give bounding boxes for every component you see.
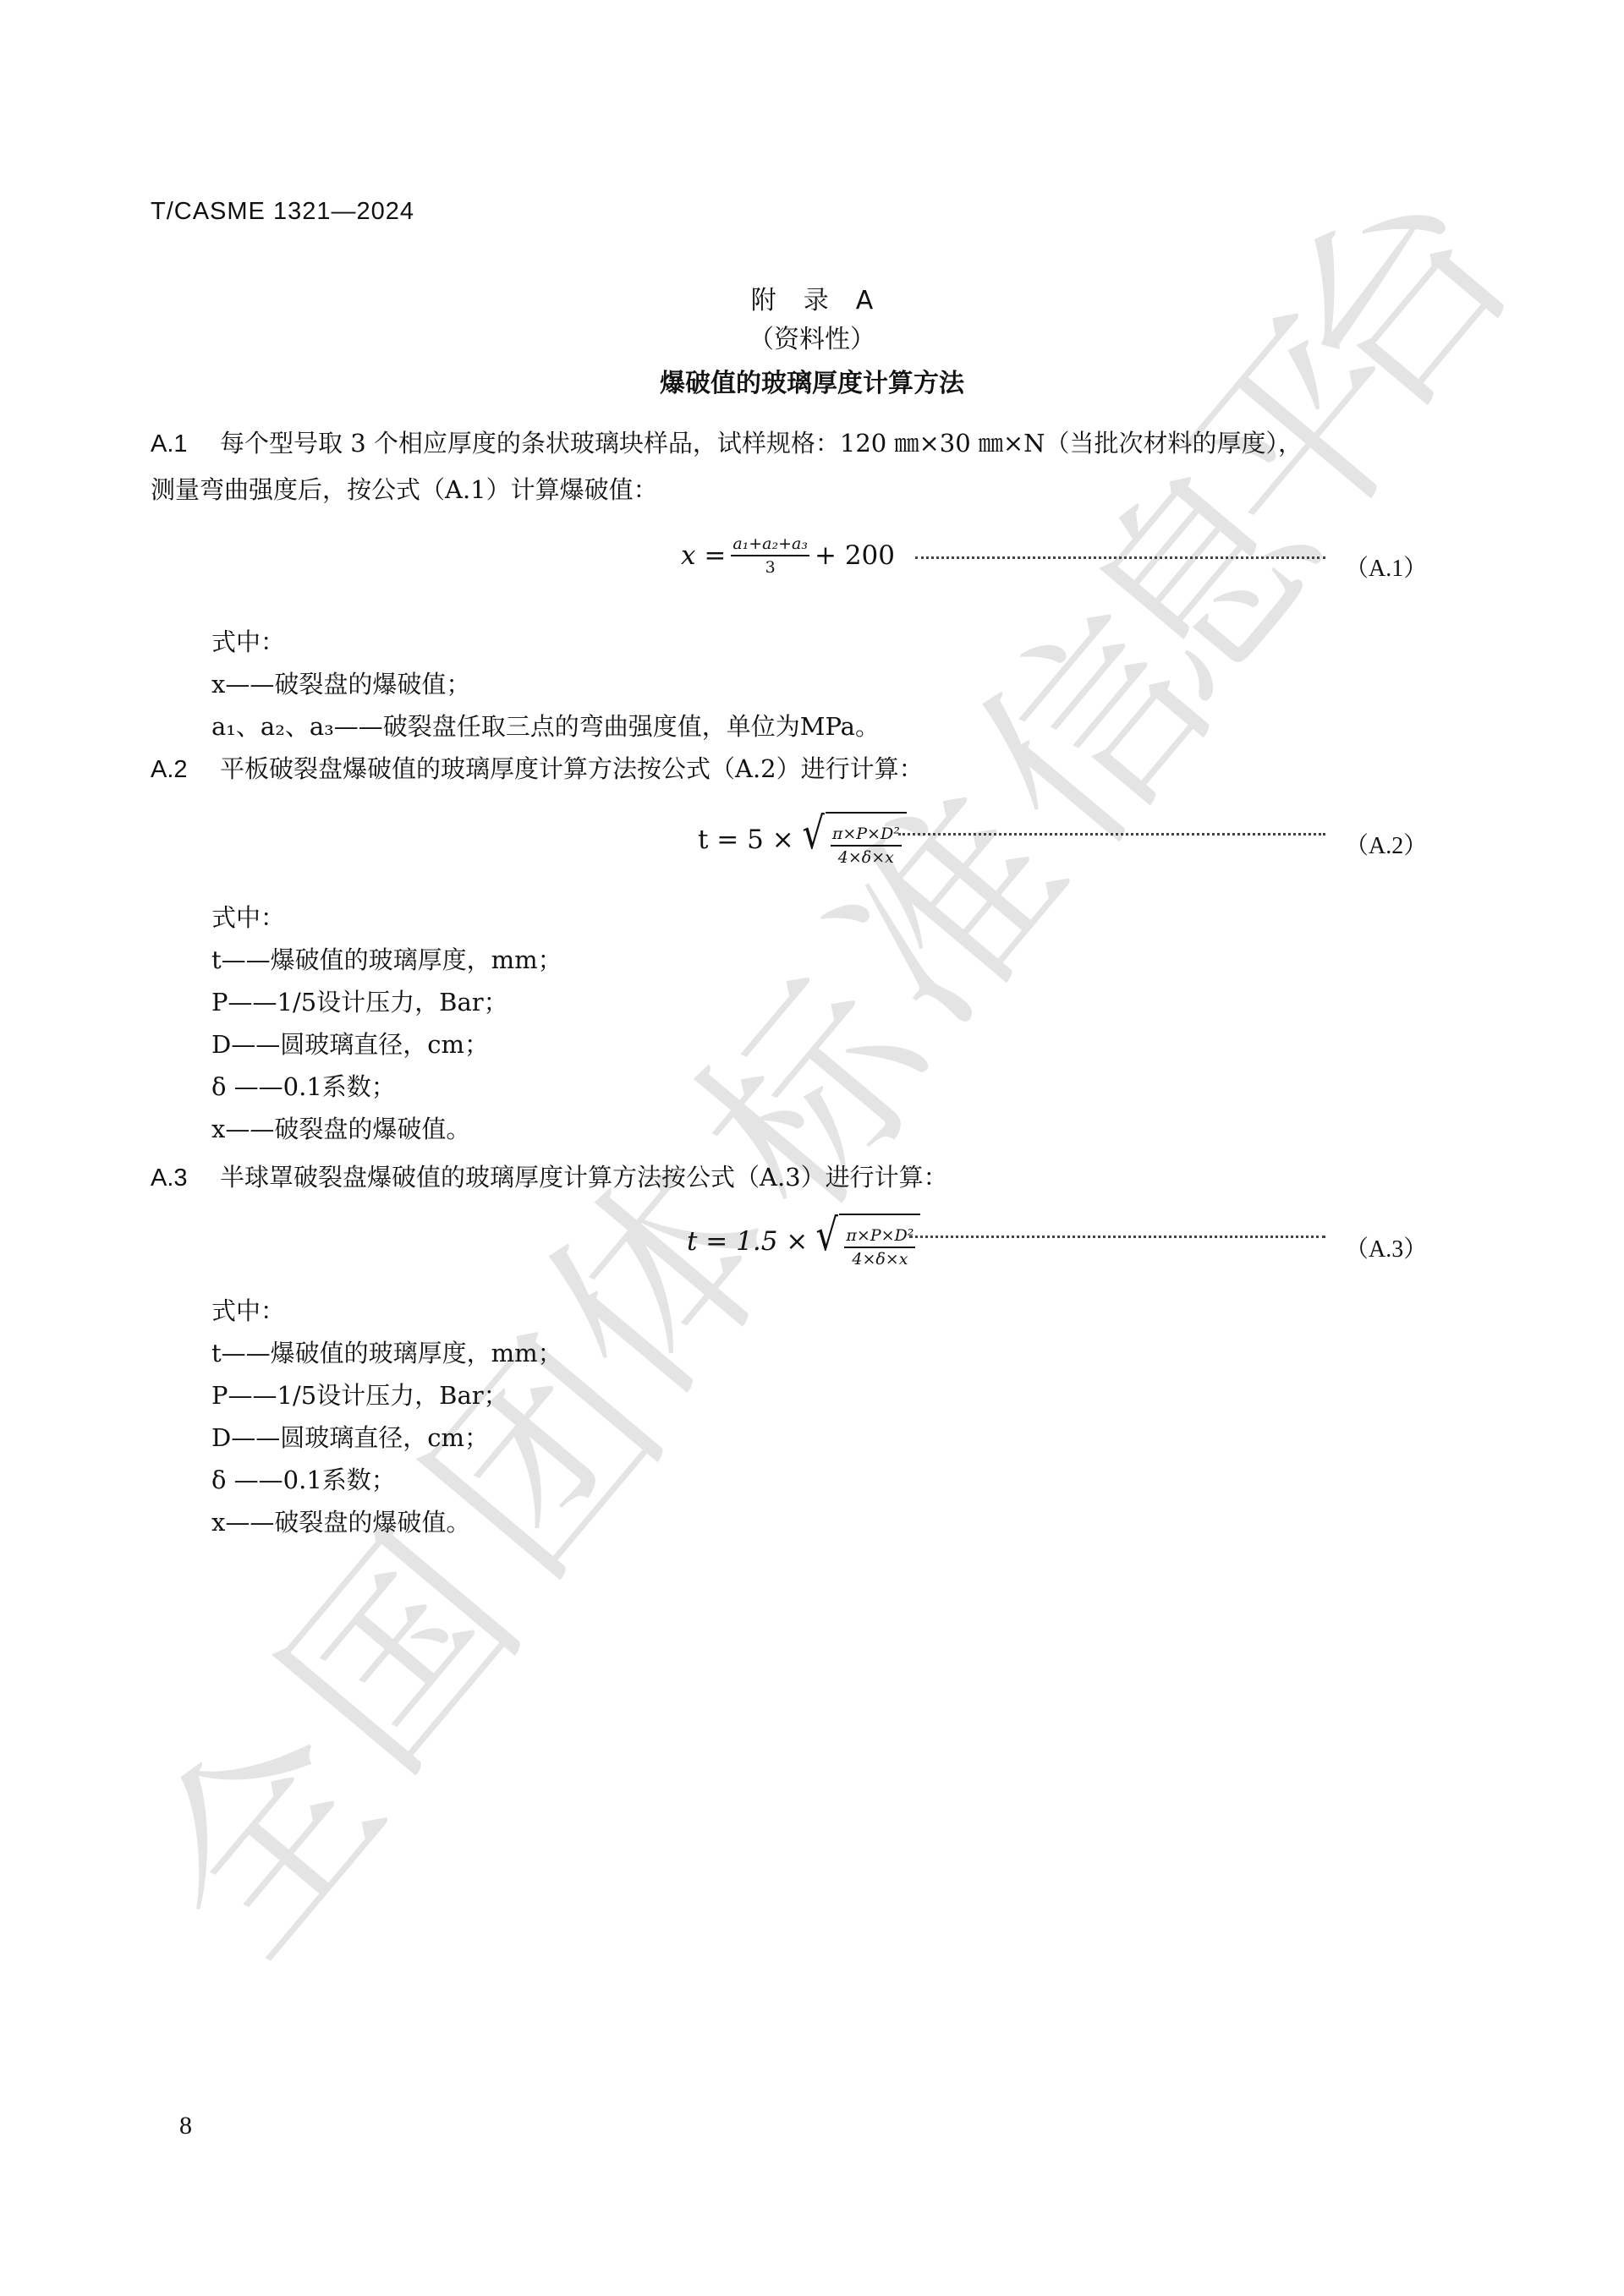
clause-text: 每个型号取 3 个相应厚度的条状玻璃块样品，试样规格：120 ㎜×30 ㎜×N（… — [220, 429, 1303, 458]
fraction-denominator: 4×δ×x — [838, 847, 894, 867]
radicand: π×P×D² 4×δ×x — [839, 1214, 920, 1269]
page-number: 8 — [179, 2112, 192, 2140]
definition-item: t——爆破值的玻璃厚度，mm； — [211, 1334, 562, 1369]
definition-item: x——破裂盘的爆破值。 — [211, 1110, 470, 1145]
fraction-numerator: π×P×D² — [844, 1226, 915, 1248]
clause-a2-line1: A.2平板破裂盘爆破值的玻璃厚度计算方法按公式（A.2）进行计算： — [151, 750, 924, 785]
clause-text: 平板破裂盘爆破值的玻璃厚度计算方法按公式（A.2）进行计算： — [220, 754, 924, 783]
definition-item: a₁、a₂、a₃——破裂盘任取三点的弯曲强度值，单位为MPa。 — [211, 708, 880, 743]
where-label: 式中： — [211, 1292, 285, 1327]
fraction-denominator: 3 — [765, 556, 776, 577]
appendix-label-part: A — [856, 286, 874, 315]
definition-item: D——圆玻璃直径，cm； — [211, 1026, 489, 1060]
radical-icon: √ — [802, 812, 825, 867]
definition-item: δ ——0.1系数； — [211, 1068, 396, 1103]
formula-a2: t = 5 × √ π×P×D² 4×δ×x — [698, 812, 907, 867]
radicand: π×P×D² 4×δ×x — [826, 812, 907, 867]
watermark-char: 息 — [1056, 430, 1354, 728]
radical-icon: √ — [816, 1214, 839, 1269]
where-label: 式中： — [211, 623, 285, 658]
definition-item: δ ——0.1系数； — [211, 1461, 396, 1496]
formula-a3: t = 1.5 × √ π×P×D² 4×δ×x — [687, 1214, 920, 1269]
watermark-char: 标 — [667, 946, 965, 1244]
clause-number: A.3 — [151, 1164, 220, 1192]
appendix-title: 爆破值的玻璃厚度计算方法 — [0, 362, 1624, 399]
formula-a1: x = a₁+a₂+a₃ 3 + 200 — [681, 534, 895, 577]
clause-a1-line1: A.1每个型号取 3 个相应厚度的条状玻璃块样品，试样规格：120 ㎜×30 ㎜… — [151, 425, 1303, 459]
fraction-denominator: 4×δ×x — [852, 1248, 908, 1269]
formula-lhs: t = 5 × — [698, 825, 794, 855]
leader-dots — [915, 556, 1325, 559]
equation-number: （A.3） — [1345, 1230, 1427, 1264]
equation-number: （A.2） — [1345, 827, 1427, 861]
clause-text: 半球罩破裂盘爆破值的玻璃厚度计算方法按公式（A.3）进行计算： — [220, 1163, 948, 1192]
watermark-char: 国 — [253, 1504, 551, 1802]
square-root: √ π×P×D² 4×δ×x — [799, 812, 907, 867]
clause-a3-line1: A.3半球罩破裂盘爆破值的玻璃厚度计算方法按公式（A.3）进行计算： — [151, 1159, 948, 1193]
formula-fraction: π×P×D² 4×δ×x — [831, 825, 902, 867]
formula-fraction: a₁+a₂+a₃ 3 — [731, 534, 809, 577]
formula-fraction: π×P×D² 4×δ×x — [844, 1226, 915, 1269]
formula-lhs: x = — [681, 540, 726, 571]
leader-dots — [909, 1236, 1325, 1238]
document-page: 全 国 团 体 标 准 信 息 平 台 T/CASME 1321—2024 附录… — [0, 0, 1624, 2296]
where-label: 式中： — [211, 899, 285, 934]
definition-item: x——破裂盘的爆破值； — [211, 666, 470, 700]
fraction-numerator: π×P×D² — [831, 825, 902, 847]
definition-item: t——爆破值的玻璃厚度，mm； — [211, 941, 562, 976]
formula-tail: + 200 — [815, 540, 895, 571]
equation-number: （A.1） — [1345, 550, 1427, 584]
definition-item: P——1/5设计压力，Bar； — [211, 1377, 508, 1411]
definition-item: P——1/5设计压力，Bar； — [211, 984, 508, 1018]
square-root: √ π×P×D² 4×δ×x — [813, 1214, 920, 1269]
clause-number: A.1 — [151, 430, 220, 458]
definition-item: D——圆玻璃直径，cm； — [211, 1419, 489, 1454]
watermark-char: 全 — [118, 1690, 415, 1988]
clause-a1-line2: 测量弯曲强度后，按公式（A.1）计算爆破值： — [151, 471, 658, 506]
watermark-char: 准 — [803, 760, 1100, 1058]
fraction-numerator: a₁+a₂+a₃ — [731, 534, 809, 556]
appendix-label-part: 附 — [751, 286, 776, 315]
appendix-nature: （资料性） — [0, 318, 1624, 355]
appendix-label-part: 录 — [804, 286, 829, 315]
definition-item: x——破裂盘的爆破值。 — [211, 1504, 470, 1538]
appendix-label: 附录A — [0, 279, 1624, 316]
leader-dots — [898, 833, 1325, 836]
watermark-char: 信 — [946, 583, 1244, 880]
clause-number: A.2 — [151, 756, 220, 784]
formula-lhs: t = 1.5 × — [687, 1226, 808, 1257]
document-code-header: T/CASME 1321—2024 — [151, 198, 414, 226]
